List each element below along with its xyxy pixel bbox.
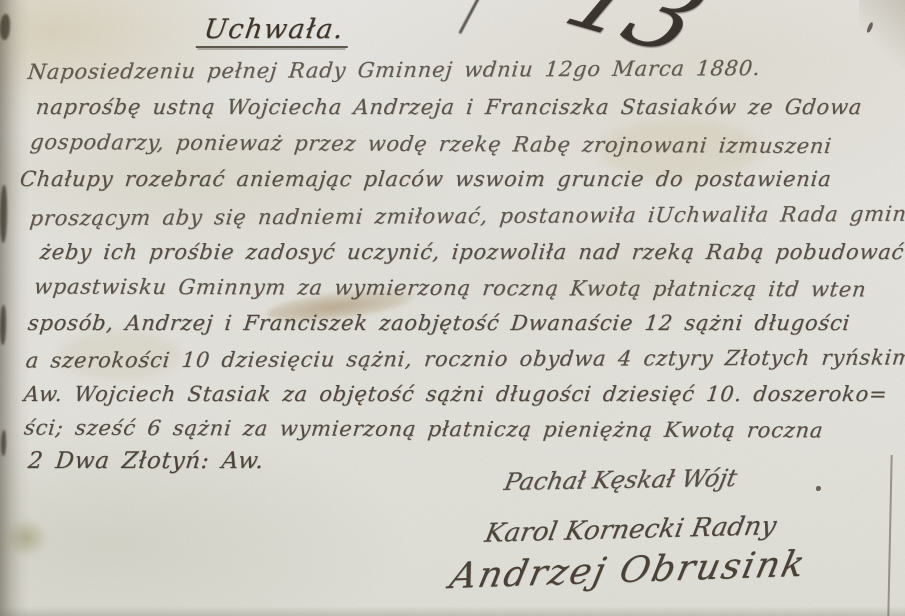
manuscript-line: 2 Dwa Złotyń: Aw. bbox=[27, 448, 266, 474]
manuscript-line: sposób, Andrzej i Franciszek zaobjętość … bbox=[27, 311, 852, 335]
manuscript-line: Chałupy rozebrać aniemając placów wswoim… bbox=[19, 167, 833, 191]
manuscript-line: żeby ich prośbie zadosyć uczynić, ipozwo… bbox=[39, 240, 905, 264]
manuscript-line: Naposiedzeniu pełnej Rady Gminnej wdniu … bbox=[27, 56, 762, 84]
ink-speck bbox=[816, 486, 821, 491]
paper-stain bbox=[4, 518, 48, 558]
corner-shade bbox=[859, 0, 905, 70]
pen-flourish-stroke bbox=[458, 0, 480, 34]
manuscript-line: gospodarzy, ponieważ przez wodę rzekę Ra… bbox=[29, 130, 833, 158]
bottom-shade bbox=[0, 606, 905, 616]
manuscript-line: ści; sześć 6 sążni za wymierzoną płatnic… bbox=[23, 416, 825, 443]
signature-councillor: Andrzej Obrusink bbox=[446, 544, 810, 597]
signature-wojt: Pachał Kęskał Wójt bbox=[502, 464, 740, 496]
manuscript-line: wpastwisku Gminnym za wymierzoną roczną … bbox=[33, 275, 868, 302]
manuscript-line: a szerokości 10 dziesięciu sążni, roczni… bbox=[25, 345, 905, 372]
manuscript-page: 13 Uchwała. Naposiedzeniu pełnej Rady Gm… bbox=[0, 0, 905, 616]
manuscript-line: Aw. Wojciech Stasiak za objętość sążni d… bbox=[23, 382, 889, 406]
page-edge-line bbox=[887, 455, 892, 616]
manuscript-line: naprośbę ustną Wojciecha Andrzeja i Fran… bbox=[35, 95, 864, 119]
manuscript-line: proszącym aby się nadniemi zmiłować, pos… bbox=[29, 202, 905, 231]
document-title: Uchwała. bbox=[196, 14, 353, 48]
signature-radny: Karol Kornecki Radny bbox=[482, 511, 778, 549]
